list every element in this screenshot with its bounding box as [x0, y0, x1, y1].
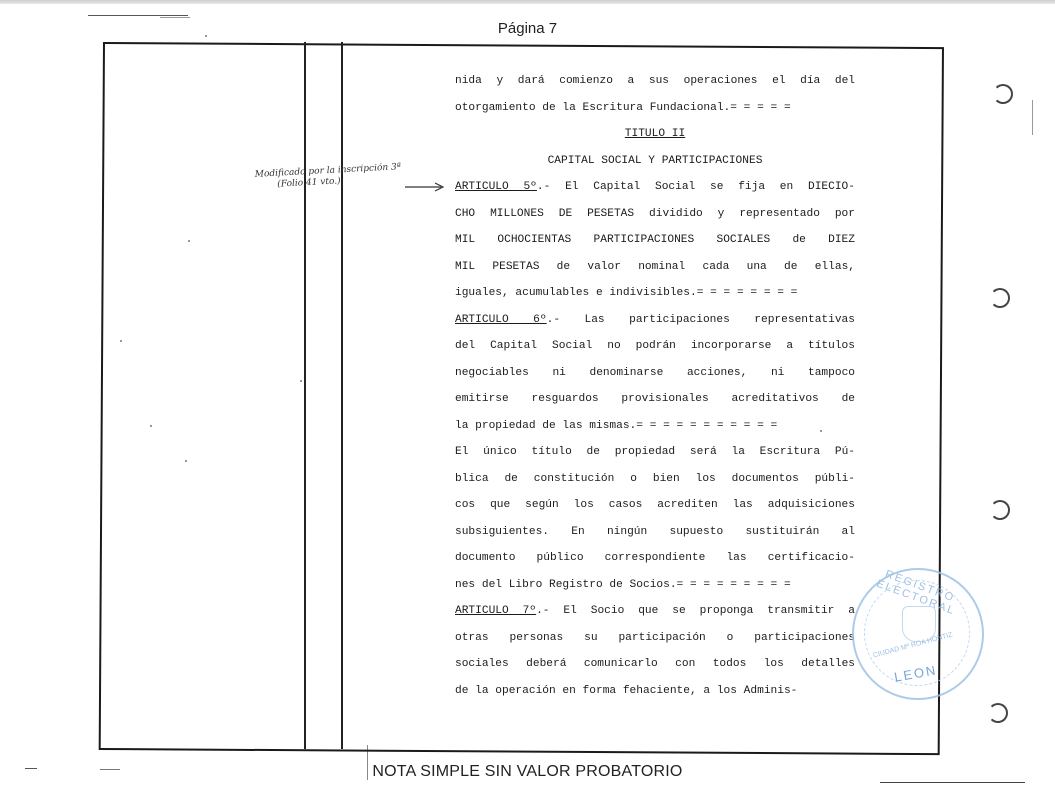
scan-artifact-line	[88, 15, 188, 16]
text-line: negociables ni denominarse acciones, ni …	[455, 360, 855, 387]
article-heading: ARTICULO 6º	[455, 314, 547, 326]
text-line: otras personas su participación o partic…	[455, 625, 855, 652]
scan-speck	[300, 380, 302, 382]
text-line: del Capital Social no podrán incorporars…	[455, 333, 855, 360]
punch-hole-icon	[990, 288, 1010, 308]
margin-rule-left	[304, 42, 306, 749]
text-line: ARTICULO 5º.- El Capital Social se fija …	[455, 174, 855, 201]
scan-artifact-line	[1032, 100, 1033, 135]
footer-disclaimer: NOTA SIMPLE SIN VALOR PROBATORIO	[0, 763, 1055, 781]
scan-speck	[188, 240, 190, 242]
text-line: nes del Libro Registro de Socios.= = = =…	[455, 572, 855, 599]
document-body: nida y dará comienzo a sus operaciones e…	[455, 68, 855, 704]
text-line: ARTICULO 7º.- El Socio que se proponga t…	[455, 598, 855, 625]
text-line: cos que según los casos acrediten las ad…	[455, 492, 855, 519]
text-line: sociales deberá comunicarlo con todos lo…	[455, 651, 855, 678]
scan-artifact-line	[880, 782, 1025, 783]
text-line: de la operación en forma fehaciente, a l…	[455, 678, 855, 705]
article-heading: ARTICULO 7º	[455, 605, 536, 617]
text-line: TITULO II	[455, 121, 855, 148]
article-heading: ARTICULO 5º	[455, 181, 537, 193]
text-line: subsiguientes. En ningún supuesto sustit…	[455, 519, 855, 546]
registry-stamp: REGISTRO ELECTORAL CIUDAD Mª ROA HONTIZ …	[852, 568, 984, 700]
text-line: El único título de propiedad será la Esc…	[455, 439, 855, 466]
arrow-right-icon	[405, 182, 445, 192]
text-line: MIL OCHOCIENTAS PARTICIPACIONES SOCIALES…	[455, 227, 855, 254]
text-line: iguales, acumulables e indivisibles.= = …	[455, 280, 855, 307]
scan-speck	[150, 425, 152, 427]
text-line: ARTICULO 6º.- Las participaciones repres…	[455, 307, 855, 334]
text-line: documento público correspondiente las ce…	[455, 545, 855, 572]
section-subtitle: CAPITAL SOCIAL Y PARTICIPACIONES	[455, 148, 855, 175]
scan-speck	[120, 340, 122, 342]
punch-hole-icon	[993, 84, 1013, 104]
punch-hole-icon	[990, 500, 1010, 520]
text-line: la propiedad de las mismas.= = = = = = =…	[455, 413, 855, 440]
scan-speck	[205, 35, 207, 37]
margin-rule-right	[341, 42, 343, 749]
punch-hole-icon	[988, 703, 1008, 723]
text-line: nida y dará comienzo a sus operaciones e…	[455, 68, 855, 95]
text-line: CHO MILLONES DE PESETAS dividido y repre…	[455, 201, 855, 228]
section-title: TITULO II	[625, 128, 685, 140]
scan-artifact-line	[160, 17, 190, 18]
text-line: emitirse resguardos provisionales acredi…	[455, 386, 855, 413]
page-number-label: Página 7	[0, 20, 1055, 37]
viewer-top-bar	[0, 0, 1055, 4]
scan-speck	[185, 460, 187, 462]
scan-speck	[820, 430, 822, 432]
text-line: blica de constitución o bien los documen…	[455, 466, 855, 493]
text-line: otorgamiento de la Escritura Fundacional…	[455, 95, 855, 122]
text-line: MIL PESETAS de valor nominal cada una de…	[455, 254, 855, 281]
